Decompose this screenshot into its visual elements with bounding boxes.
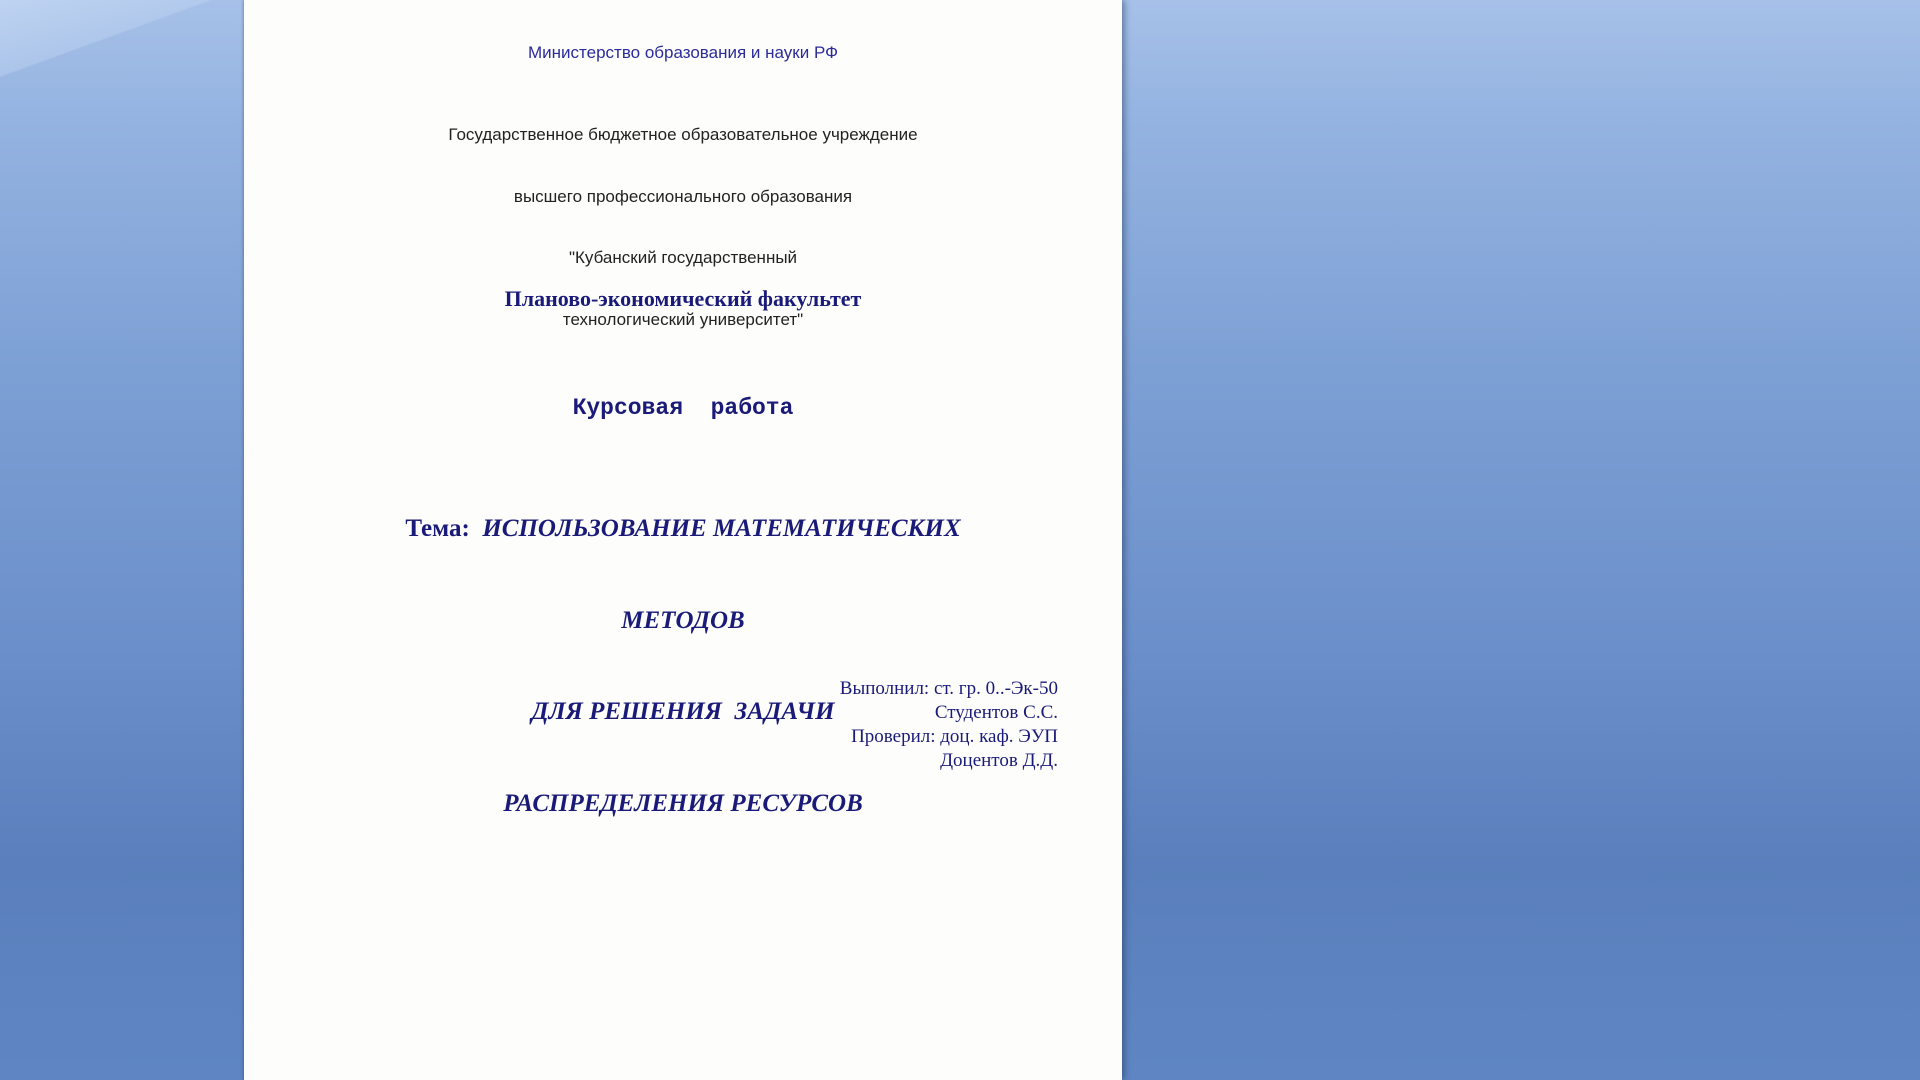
document-page: Министерство образования и науки РФ Госу… [244, 0, 1122, 1080]
work-type-heading: Курсовая работа [244, 395, 1122, 421]
student-name: Студентов С.С. [840, 701, 1058, 725]
topic-block: Тема: ИСПОЛЬЗОВАНИЕ МАТЕМАТИЧЕСКИХ МЕТОД… [244, 453, 1122, 880]
signature-block: Выполнил: ст. гр. 0..-Эк-50 Студентов С.… [840, 677, 1058, 773]
topic-title-line: ИСПОЛЬЗОВАНИЕ МАТЕМАТИЧЕСКИХ [482, 515, 960, 542]
performed-by-line: Выполнил: ст. гр. 0..-Эк-50 [840, 677, 1058, 701]
institution-line: Государственное бюджетное образовательно… [244, 125, 1122, 146]
institution-block: Государственное бюджетное образовательно… [244, 84, 1122, 371]
background-highlight [0, 0, 244, 80]
topic-title-line: РАСПРЕДЕЛЕНИЯ РЕСУРСОВ [244, 789, 1122, 820]
topic-first-line: Тема: ИСПОЛЬЗОВАНИЕ МАТЕМАТИЧЕСКИХ [244, 514, 1122, 545]
checked-by-line: Проверил: доц. каф. ЭУП [840, 725, 1058, 749]
ministry-heading: Министерство образования и науки РФ [244, 43, 1122, 63]
institution-line: высшего профессионального образования [244, 187, 1122, 208]
topic-title-line: МЕТОДОВ [244, 606, 1122, 637]
faculty-heading: Планово-экономический факультет [244, 286, 1122, 312]
institution-line: технологический университет" [244, 310, 1122, 331]
topic-label: Тема: [405, 515, 470, 542]
institution-line: "Кубанский государственный [244, 248, 1122, 269]
supervisor-name: Доцентов Д.Д. [840, 749, 1058, 773]
